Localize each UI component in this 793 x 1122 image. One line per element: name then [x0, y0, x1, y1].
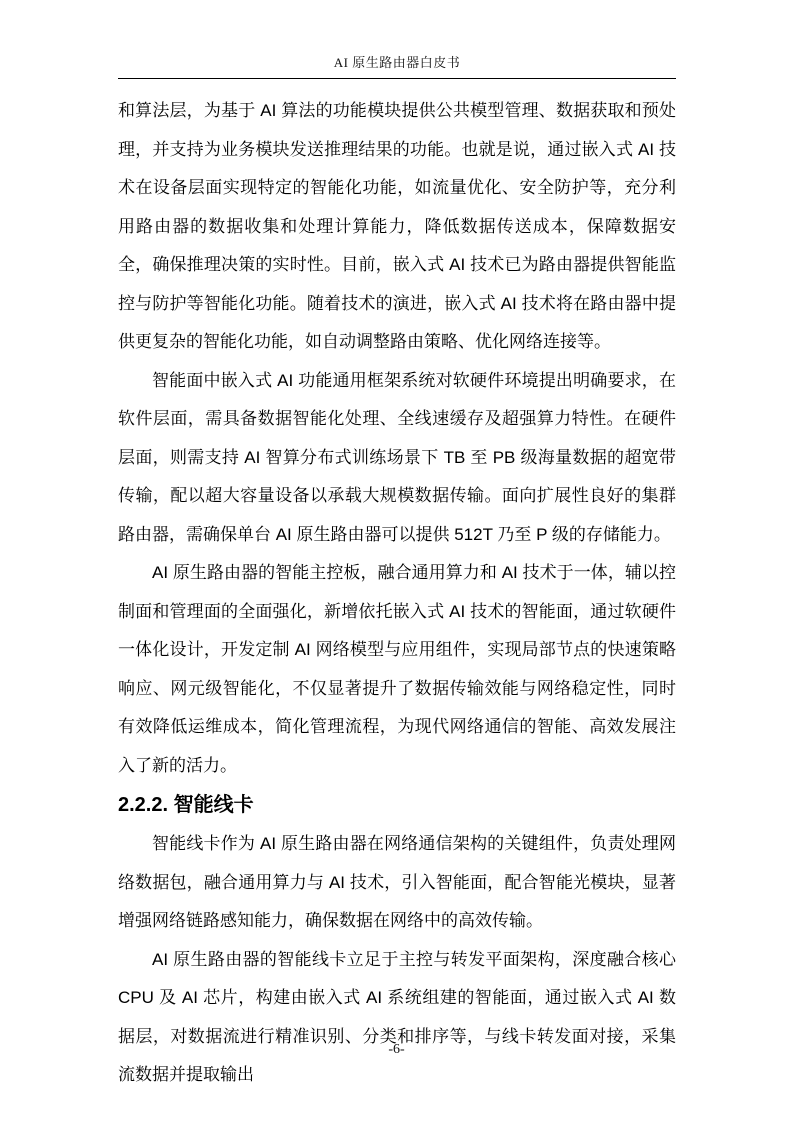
body-paragraph: AI 原生路由器的智能线卡立足于主控与转发平面架构，深度融合核心 CPU 及 A…: [118, 941, 676, 1095]
page-footer: -6-: [0, 1040, 793, 1058]
document-page: AI 原生路由器白皮书 和算法层，为基于 AI 算法的功能模块提供公共模型管理、…: [0, 0, 793, 1122]
body-paragraph: 智能线卡作为 AI 原生路由器在网络通信架构的关键组件，负责处理网络数据包，融合…: [118, 825, 676, 941]
body-paragraph: AI 原生路由器的智能主控板，融合通用算力和 AI 技术于一体，辅以控制面和管理…: [118, 554, 676, 785]
page-number: -6-: [388, 1042, 404, 1057]
section-heading: 2.2.2. 智能线卡: [118, 785, 676, 825]
body-paragraph: 和算法层，为基于 AI 算法的功能模块提供公共模型管理、数据获取和预处理，并支持…: [118, 92, 676, 362]
page-header: AI 原生路由器白皮书: [118, 0, 676, 79]
document-title: AI 原生路由器白皮书: [334, 52, 460, 71]
page-body: 和算法层，为基于 AI 算法的功能模块提供公共模型管理、数据获取和预处理，并支持…: [118, 92, 676, 1095]
body-paragraph: 智能面中嵌入式 AI 功能通用框架系统对软硬件环境提出明确要求，在软件层面，需具…: [118, 362, 676, 555]
